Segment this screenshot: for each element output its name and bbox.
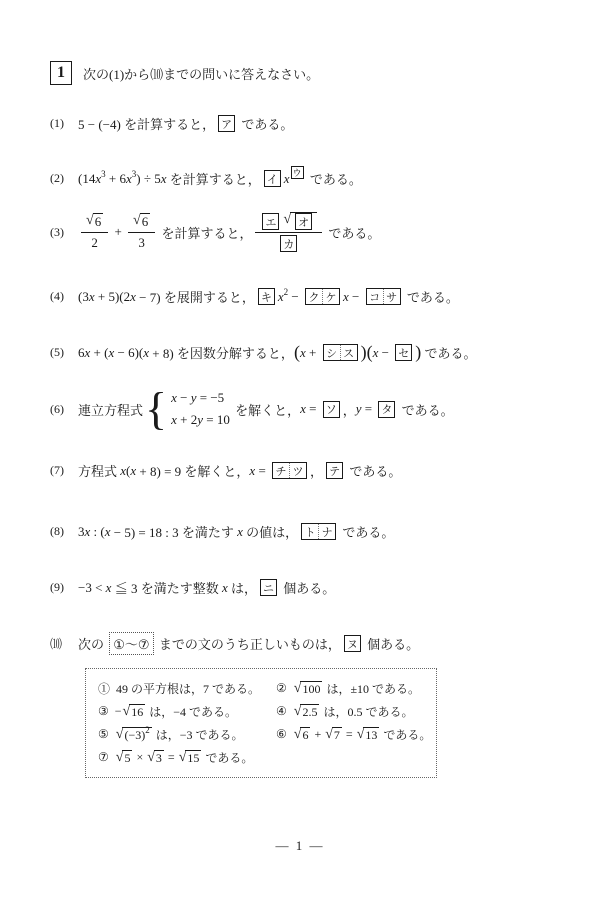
math-txt: + 8) を因数分解すると，: [149, 343, 294, 362]
problem-6-content: 連立方程式{x − y = −5x + 2y = 10 を解くと，x = ソ，y…: [78, 388, 454, 430]
math-txt: である。: [202, 749, 253, 766]
problem-1-content: 5 − (−4) を計算すると，ア である。: [78, 114, 293, 133]
math-txt: 16: [131, 705, 143, 720]
problem-3: (3) √62 + √63 を計算すると，エ√オカ である。: [50, 212, 380, 252]
problem-7: (7) 方程式 x(x + 8) = 9 を解くと，x = チツ，テ である。: [50, 461, 401, 480]
radicand: 6: [93, 213, 104, 230]
section-instruction: 次の(1)から⑽までの問いに答えなさい。: [83, 64, 319, 83]
answer-box-ア: ア: [218, 115, 235, 132]
problem-1: (1) 5 − (−4) を計算すると，ア である。: [50, 114, 293, 133]
math-txt: (−3): [124, 728, 145, 743]
statement-3: ③ −√16 は，−4 である。: [98, 703, 276, 720]
problem-6-number: (6): [50, 402, 78, 417]
fraction-denominator: 3: [128, 232, 155, 251]
brace-icon: {: [145, 388, 167, 430]
exam-page: 1 次の(1)から⑽までの問いに答えなさい。 (1) 5 − (−4) を計算す…: [0, 0, 600, 900]
problem-4: (4) (3x + 5)(2x − 7) を展開すると，キx2 − クケx − …: [50, 287, 459, 306]
equation-row: x + 2y = 10: [171, 412, 230, 428]
math-txt: 6: [142, 214, 149, 230]
math-txt: ③ −: [98, 704, 122, 719]
fraction: √63: [128, 213, 155, 251]
answer-box-ソ: ソ: [323, 401, 340, 418]
fraction-numerator: √6: [81, 213, 108, 232]
math-txt: 5 − (−4) を計算すると，: [78, 114, 215, 133]
problem-5-number: (5): [50, 345, 78, 360]
math-txt: −: [349, 289, 363, 305]
answer-box-イ: イ: [264, 170, 281, 187]
math-txt: である。: [339, 522, 394, 541]
math-txt: 2: [91, 235, 98, 251]
math-txt: 次の: [78, 634, 107, 653]
math-txt: である。: [380, 726, 431, 743]
math-txt: を計算すると，: [158, 223, 252, 242]
math-sup: 2: [284, 287, 289, 297]
math-txt: = 10: [203, 412, 230, 428]
math-txt: を解くと，: [232, 400, 300, 419]
problem-10-content: 次の ①～⑦ までの文のうち正しいものは，ヌ 個ある。: [78, 632, 419, 655]
math-txt: 5: [124, 751, 130, 766]
sqrt-expression: √3: [147, 750, 164, 766]
fraction-numerator: √6: [128, 213, 155, 232]
math-txt: 7: [334, 728, 340, 743]
math-txt: 個ある。: [280, 578, 335, 597]
math-txt: − 7) を展開すると，: [136, 287, 255, 306]
problem-7-number: (7): [50, 463, 78, 478]
problem-9-number: (9): [50, 580, 78, 595]
math-txt: である。: [404, 287, 459, 306]
problem-5: (5) 6x + (x − 6)(x + 8) を因数分解すると，(x + シス…: [50, 342, 476, 363]
math-txt: 方程式: [78, 461, 120, 480]
math-txt: は，±10 である。: [323, 680, 420, 697]
sqrt-expression: √(−3)2: [116, 727, 152, 743]
problem-9: (9) −3 < x ≦ 3 を満たす整数 x は，ニ 個ある。: [50, 578, 335, 597]
answer-box-セ: セ: [395, 344, 412, 361]
answer-box-カ: カ: [280, 235, 297, 252]
math-txt: は，: [228, 578, 257, 597]
answer-cell-チ: チ: [273, 463, 289, 478]
section-number: 1: [57, 64, 65, 82]
math-txt: ① 49 の平方根は，7 である。: [98, 680, 260, 697]
answer-cell-ナ: ナ: [318, 524, 335, 539]
radicand: (−3)2: [122, 727, 151, 743]
answer-box-テ: テ: [326, 462, 343, 479]
math-txt: −: [177, 390, 191, 406]
math-txt: (14: [78, 171, 95, 187]
math-txt: ) ÷ 5: [136, 171, 160, 187]
statements-box: ① 49 の平方根は，7 である。 ② √100 は，±10 である。 ③ −√…: [85, 668, 437, 778]
radicand: 7: [332, 727, 342, 743]
fraction-denominator: 2: [81, 232, 108, 251]
math-sup: 2: [145, 725, 150, 735]
problem-3-content: √62 + √63 を計算すると，エ√オカ である。: [78, 212, 380, 252]
math-txt: ≦ 3 を満たす整数: [111, 578, 222, 597]
answer-cell-ツ: ツ: [289, 463, 306, 478]
math-txt: ②: [276, 681, 293, 696]
answer-box-オ: オ: [295, 213, 312, 230]
sqrt-expression: √6: [294, 727, 311, 743]
math-txt: + 5)(2: [95, 289, 131, 305]
statement-1: ① 49 の平方根は，7 である。: [98, 680, 276, 697]
sqrt-expression: √6: [133, 213, 150, 230]
answer-cell-ト: ト: [302, 524, 318, 539]
problem-10: ⑽ 次の ①～⑦ までの文のうち正しいものは，ヌ 個ある。: [50, 632, 419, 655]
problem-2-number: (2): [50, 171, 78, 186]
math-txt: + 8) = 9 を解くと，: [136, 461, 249, 480]
answer-cell-シ: シ: [324, 345, 340, 360]
problem-3-number: (3): [50, 225, 78, 240]
dotted-range-box: ①～⑦: [109, 632, 153, 655]
math-txt: は，−4 である。: [146, 703, 237, 720]
math-txt: + (: [90, 345, 108, 361]
math-txt: 13: [365, 728, 377, 743]
answer-box-ウ: ウ: [291, 166, 304, 179]
math-txt: + 2: [177, 412, 197, 428]
math-txt: ⑦: [98, 750, 115, 765]
math-txt: 6: [95, 214, 102, 230]
answer-box-キ: キ: [258, 288, 275, 305]
page-number: — 1 —: [0, 838, 600, 854]
radicand: オ: [290, 212, 317, 230]
fraction-numerator: エ√オ: [255, 212, 322, 232]
math-txt: =: [165, 750, 178, 765]
problem-1-number: (1): [50, 116, 78, 131]
radicand: 15: [185, 750, 201, 766]
math-txt: 15: [187, 751, 199, 766]
problem-2: (2) (14x3 + 6x3) ÷ 5x を計算すると，イxウ である。: [50, 169, 362, 188]
math-txt: 個ある。: [364, 634, 419, 653]
math-sup: 3: [132, 169, 137, 179]
equation-system: {x − y = −5x + 2y = 10: [145, 388, 230, 430]
sqrt-expression: √16: [123, 704, 146, 720]
answer-box-コサ: コサ: [366, 288, 401, 305]
answer-box-エ: エ: [262, 213, 279, 230]
math-txt: の値は，: [243, 522, 298, 541]
radicand: 6: [140, 213, 151, 230]
problem-6: (6) 連立方程式{x − y = −5x + 2y = 10 を解くと，x =…: [50, 388, 454, 430]
equation-rows: x − y = −5x + 2y = 10: [171, 390, 230, 428]
problem-4-content: (3x + 5)(2x − 7) を展開すると，キx2 − クケx − コサ で…: [78, 287, 459, 306]
answer-box-シス: シス: [323, 344, 358, 361]
equation-row: x − y = −5: [171, 390, 230, 406]
sqrt-expression: √15: [179, 750, 202, 766]
answer-box-ヌ: ヌ: [344, 635, 361, 652]
sqrt-expression: √6: [86, 213, 103, 230]
math-txt: −3 <: [78, 580, 106, 596]
math-txt: − 6)(: [114, 345, 143, 361]
answer-cell-ス: ス: [340, 345, 357, 360]
statement-7: ⑦ √5 × √3 = √15 である。: [98, 749, 276, 766]
math-txt: ×: [133, 750, 146, 765]
answer-cell-ケ: ケ: [322, 289, 339, 304]
statement-5: ⑤ √(−3)2 は，−3 である。: [98, 726, 276, 743]
math-it: x: [284, 171, 290, 187]
math-txt: である。: [307, 169, 362, 188]
math-txt: −: [378, 345, 392, 361]
math-txt: =: [362, 401, 376, 417]
math-txt: 3: [156, 751, 162, 766]
answer-box-ニ: ニ: [260, 579, 277, 596]
problem-5-content: 6x + (x − 6)(x + 8) を因数分解すると，(x + シス)(x …: [78, 342, 476, 363]
math-txt: +: [306, 345, 320, 361]
math-txt: である。: [421, 343, 476, 362]
radicand: 13: [363, 727, 379, 743]
answer-box-チツ: チツ: [272, 462, 307, 479]
math-sup: 3: [101, 169, 106, 179]
radicand: 16: [129, 704, 145, 720]
math-txt: − 5) = 18 : 3 を満たす: [111, 522, 238, 541]
sqrt-expression: √オ: [283, 212, 317, 230]
answer-cell-コ: コ: [367, 289, 383, 304]
answer-box-トナ: トナ: [301, 523, 336, 540]
sqrt-expression: √100: [294, 681, 323, 697]
problem-7-content: 方程式 x(x + 8) = 9 を解くと，x = チツ，テ である。: [78, 461, 401, 480]
math-txt: ⑥: [276, 727, 293, 742]
problem-8-content: 3x : (x − 5) = 18 : 3 を満たす x の値は，トナ である。: [78, 522, 394, 541]
math-txt: ④: [276, 704, 293, 719]
section-header: 1 次の(1)から⑽までの問いに答えなさい。: [50, 61, 319, 85]
radicand: 100: [300, 681, 322, 697]
math-txt: =: [306, 401, 320, 417]
answer-box-タ: タ: [378, 401, 395, 418]
radicand: 2.5: [300, 704, 319, 720]
statement-2: ② √100 は，±10 である。: [276, 680, 431, 697]
math-txt: 連立方程式: [78, 400, 143, 419]
math-txt: 3: [138, 235, 145, 251]
math-txt: = −5: [197, 390, 225, 406]
sqrt-expression: √13: [357, 727, 380, 743]
sqrt-expression: √2.5: [294, 704, 320, 720]
math-txt: である。: [346, 461, 401, 480]
answer-cell-サ: サ: [383, 289, 400, 304]
answer-cell-ク: ク: [306, 289, 322, 304]
sqrt-expression: √5: [116, 750, 133, 766]
math-txt: =: [343, 727, 356, 742]
math-txt: である。: [238, 114, 293, 133]
fraction-denominator: カ: [255, 232, 322, 252]
math-txt: (3: [78, 289, 89, 305]
math-txt: −: [288, 289, 302, 305]
math-txt: を計算すると，: [167, 169, 261, 188]
math-txt: までの文のうち正しいものは，: [156, 634, 341, 653]
radicand: 5: [122, 750, 132, 766]
problem-10-number: ⑽: [50, 635, 78, 652]
math-txt: +: [311, 727, 324, 742]
fraction: エ√オカ: [255, 212, 322, 252]
radicand: 3: [154, 750, 164, 766]
math-txt: である。: [325, 223, 380, 242]
answer-box-クケ: クケ: [305, 288, 340, 305]
sqrt-expression: √7: [325, 727, 342, 743]
math-txt: は，0.5 である。: [320, 703, 413, 720]
math-txt: + 6: [106, 171, 126, 187]
statement-6: ⑥ √6 + √7 = √13 である。: [276, 726, 431, 743]
section-number-box: 1: [50, 61, 72, 85]
problem-9-content: −3 < x ≦ 3 を満たす整数 x は，ニ 個ある。: [78, 578, 335, 597]
math-txt: は，−3 である。: [153, 726, 244, 743]
math-txt: 2.5: [302, 705, 317, 720]
math-txt: ，: [343, 400, 356, 419]
math-txt: 6: [302, 728, 308, 743]
math-txt: ⑤: [98, 727, 115, 742]
math-txt: ，: [310, 461, 323, 480]
math-txt: : (: [90, 524, 104, 540]
fraction: √62: [81, 213, 108, 251]
problem-4-number: (4): [50, 289, 78, 304]
problem-8-number: (8): [50, 524, 78, 539]
problem-8: (8) 3x : (x − 5) = 18 : 3 を満たす x の値は，トナ …: [50, 522, 394, 541]
radicand: 6: [300, 727, 310, 743]
statement-4: ④ √2.5 は，0.5 である。: [276, 703, 431, 720]
problem-2-content: (14x3 + 6x3) ÷ 5x を計算すると，イxウ である。: [78, 169, 362, 188]
math-txt: =: [255, 463, 269, 479]
math-txt: である。: [398, 400, 453, 419]
math-txt: 100: [302, 682, 320, 697]
math-txt: +: [111, 224, 125, 240]
